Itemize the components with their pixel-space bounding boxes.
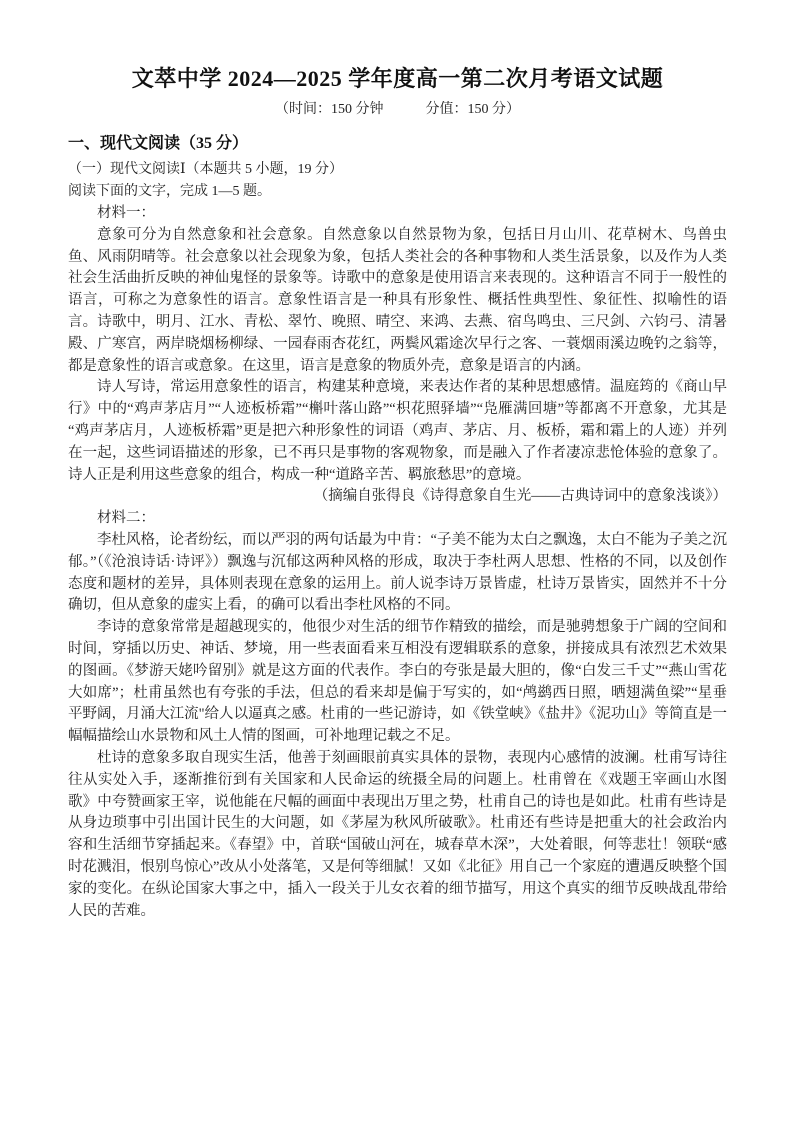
material-two-paragraph-1: 李杜风格，论者纷纭，而以严羽的两句话最为中肯：“子美不能为太白之飘逸，太白不能为… xyxy=(68,530,727,617)
material-one-paragraph-1: 意象可分为自然意象和社会意象。自然意象以自然景物为象，包括日月山川、花草树木、鸟… xyxy=(68,225,727,378)
subsection-heading-reading-one: （一）现代文阅读Ⅰ（本题共 5 小题，19 分） xyxy=(68,159,727,181)
reading-passage: 材料一： 意象可分为自然意象和社会意象。自然意象以自然景物为象，包括日月山川、花… xyxy=(68,203,727,922)
reading-instruction: 阅读下面的文字，完成 1—5 题。 xyxy=(68,181,727,203)
material-one-label: 材料一： xyxy=(68,203,727,225)
material-two-paragraph-3: 杜诗的意象多取自现实生活，他善于刻画眼前真实具体的景物，表现内心感情的波澜。杜甫… xyxy=(68,748,727,922)
page-title: 文萃中学 2024—2025 学年度高一第二次月考语文试题 xyxy=(68,64,727,94)
material-one-attribution: （摘编自张得良《诗得意象自生光——古典诗词中的意象浅谈》） xyxy=(68,486,727,508)
exam-paper-page: 文萃中学 2024—2025 学年度高一第二次月考语文试题 （时间：150 分钟… xyxy=(0,0,794,1123)
exam-info: （时间：150 分钟 分值：150 分） xyxy=(68,100,727,120)
material-two-label: 材料二： xyxy=(68,508,727,530)
material-one-paragraph-2: 诗人写诗，常运用意象性的语言，构建某种意境，来表达作者的某种思想感情。温庭筠的《… xyxy=(68,377,727,486)
section-heading-modern-reading: 一、现代文阅读（35 分） xyxy=(68,133,727,155)
material-two-paragraph-2: 李诗的意象常常是超越现实的，他很少对生活的细节作精致的描绘，而是驰骋想象于广阔的… xyxy=(68,617,727,748)
